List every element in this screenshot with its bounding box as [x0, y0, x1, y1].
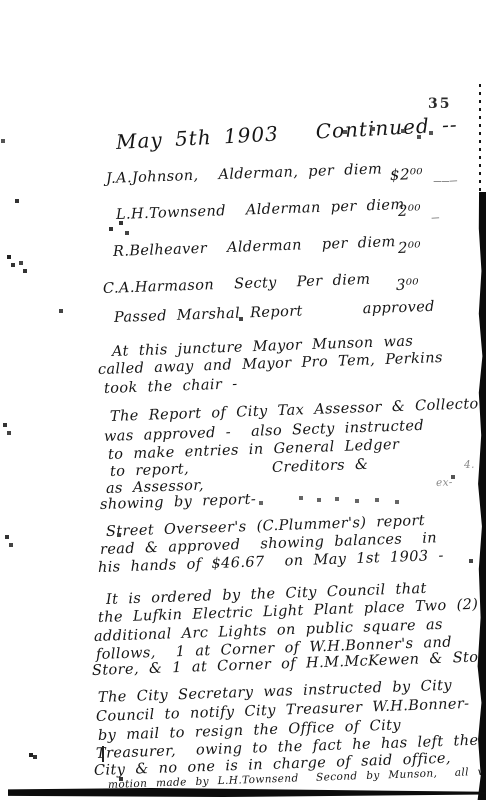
paragraph-line: The Report of City Tax Assessor & Collec… — [110, 397, 486, 425]
pay-entry-amount: $2⁰⁰ ___ — [390, 166, 458, 183]
pay-entry-name: R.Belheaver Alderman per diem — [113, 235, 396, 259]
marshal-report-line: Passed Marshal Report approved — [114, 300, 435, 326]
paragraph-fragment: Creditors & — [272, 458, 369, 476]
pay-entry-amount: 2⁰⁰ — [398, 240, 422, 256]
margin-mark: 4. — [464, 460, 475, 471]
pay-entry-name: C.A.Harmason Secty Per diem — [103, 273, 371, 297]
heading-date-line: May 5th 1903 Continued -- — [115, 114, 458, 152]
margin-mark: ex- — [436, 477, 453, 488]
scan-binding-dotted-edge — [479, 84, 481, 196]
scan-noise-speckles — [0, 0, 2, 2]
paragraph-line: showing by report- — [100, 493, 257, 513]
scan-stray-tick — [102, 746, 104, 762]
paragraph-line: took the chair - — [104, 377, 238, 396]
paragraph-line: to report, — [110, 462, 190, 479]
scan-binding-dark-band — [474, 192, 486, 800]
page-number: 35 — [428, 96, 451, 112]
pay-entry-name: J.A.Johnson, Alderman, per diem — [106, 162, 383, 186]
pay-entry-amount: 3⁰⁰ — [396, 277, 420, 293]
scan-bottom-bar — [8, 788, 486, 797]
scanned-ledger-page: 35 May 5th 1903 Continued -- J.A.Johnson… — [0, 0, 486, 800]
pay-entry-name: L.H.Townsend Alderman per diem — [116, 198, 405, 223]
pay-entry-amount: 2⁰⁰ _ — [398, 203, 440, 219]
